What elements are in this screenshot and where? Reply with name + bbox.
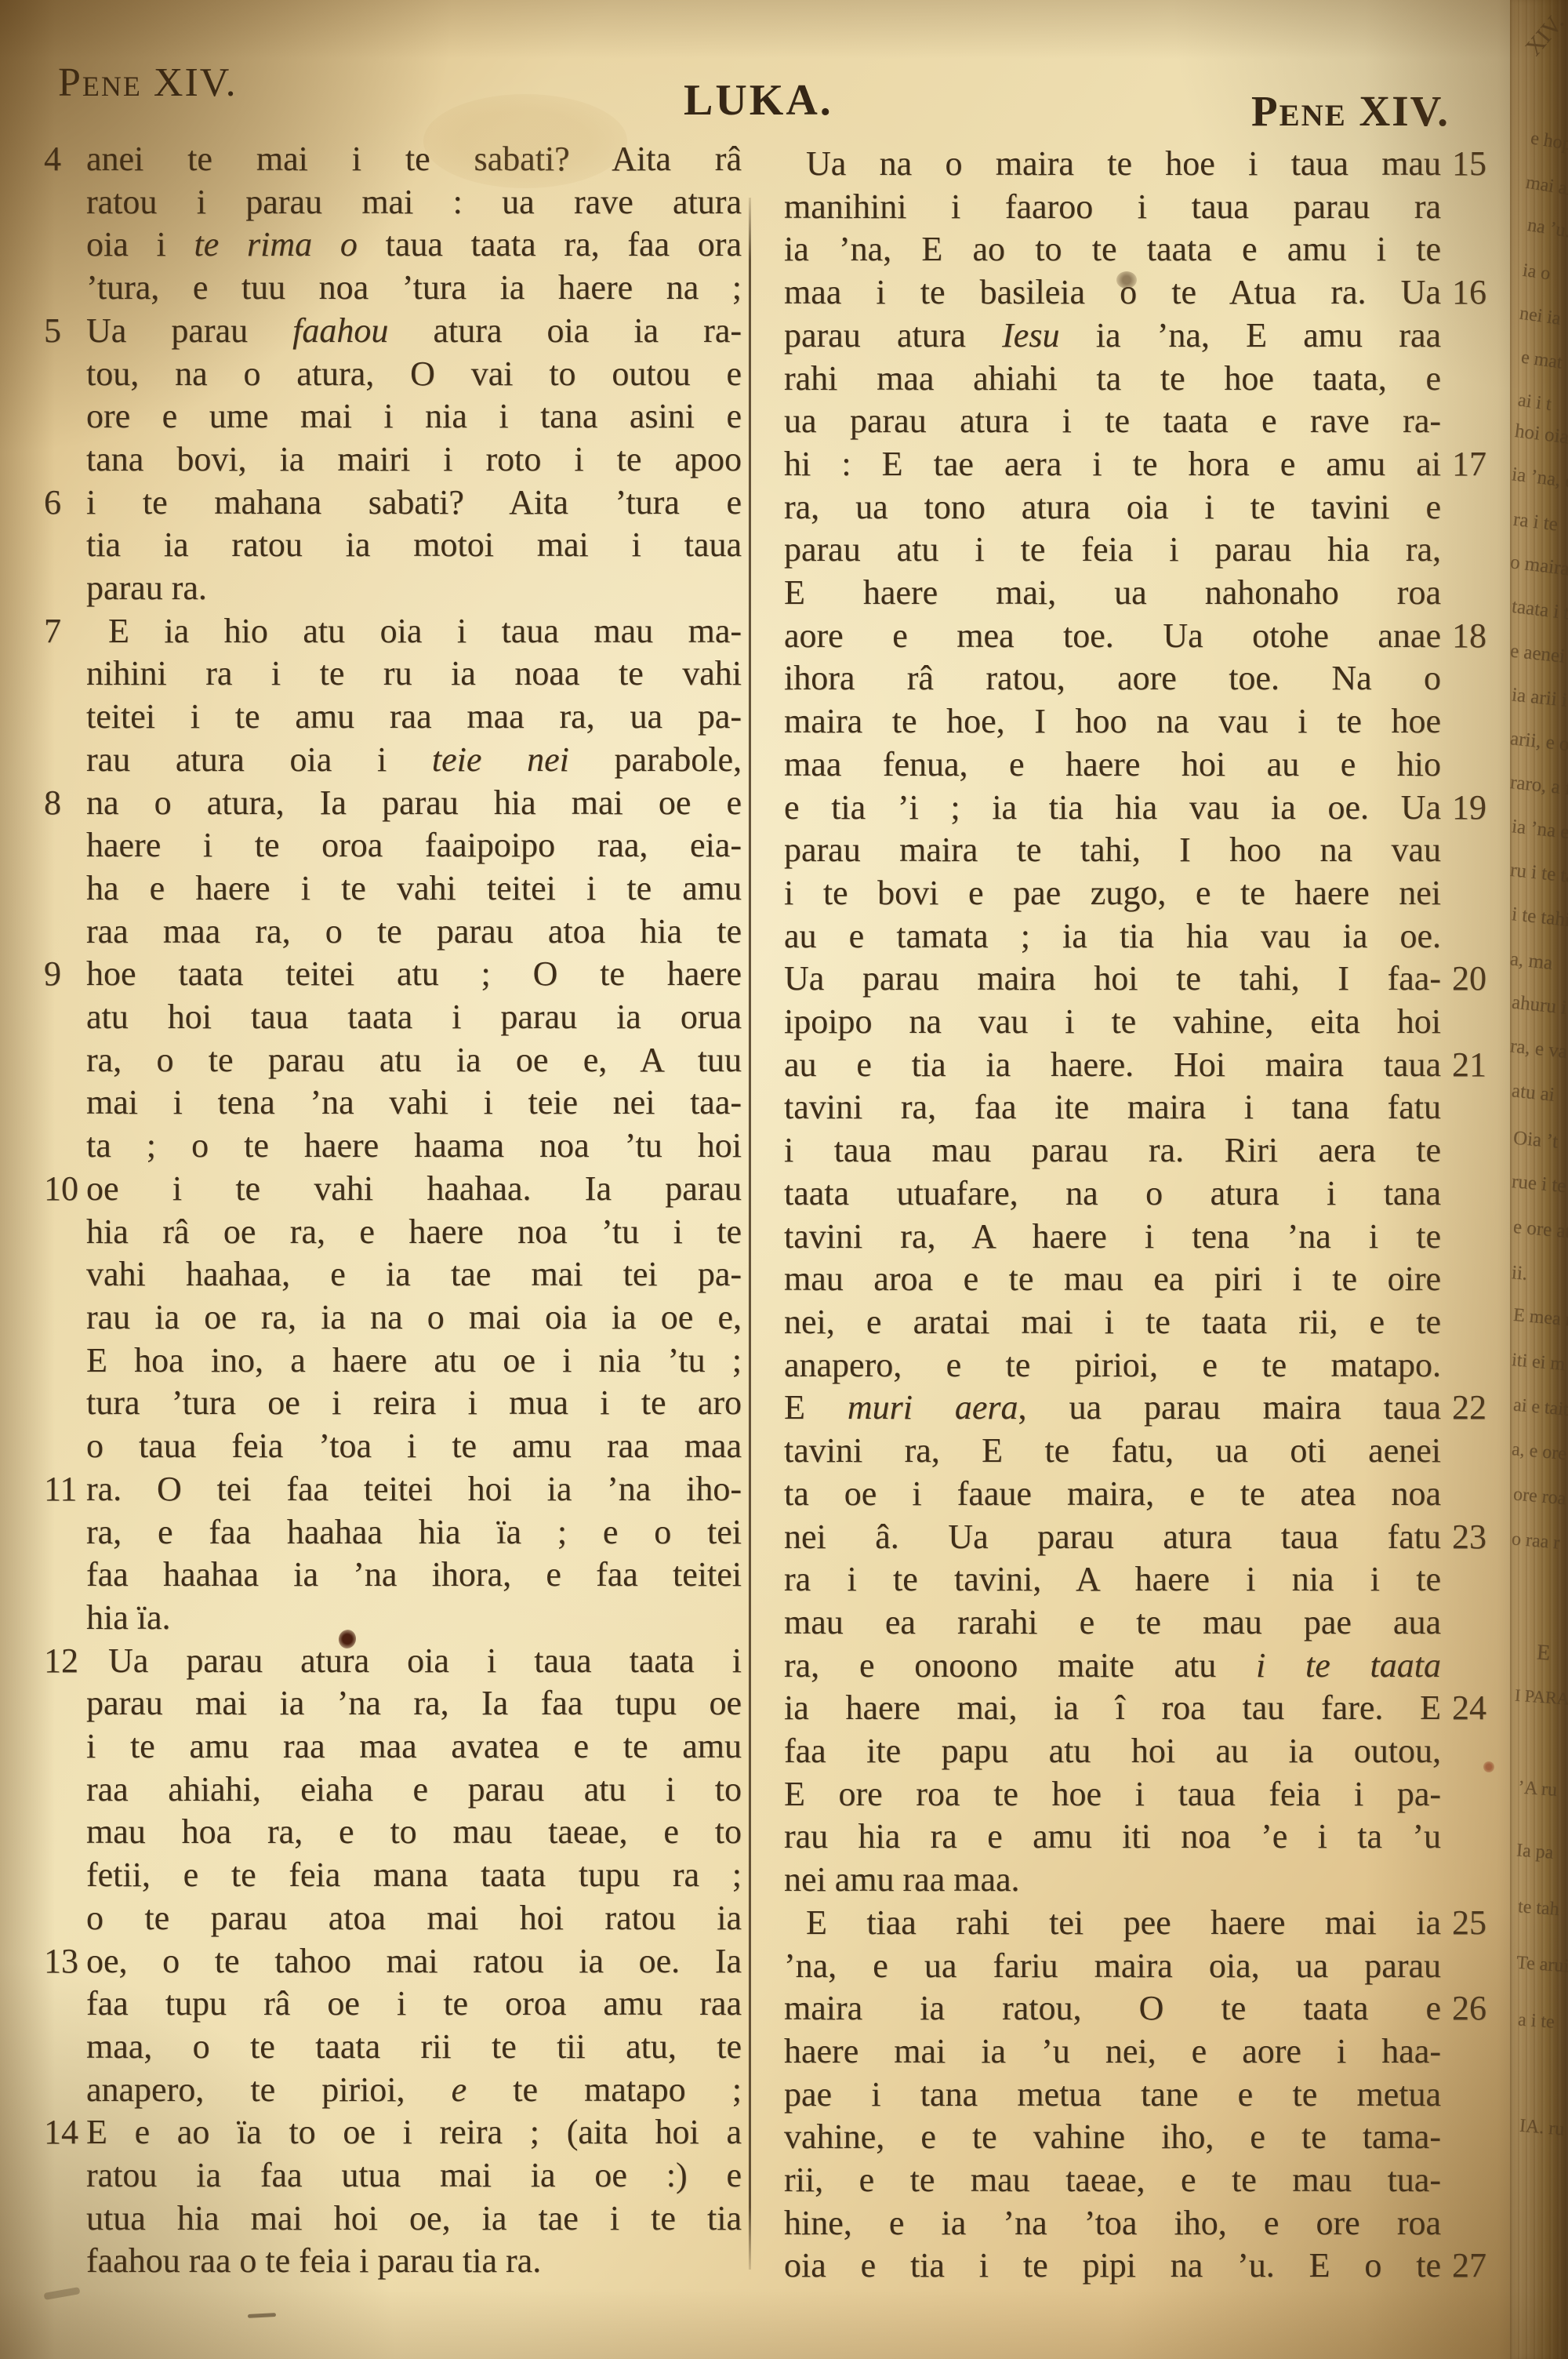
page-edge-fragment: a, e ore [1511,1439,1567,1465]
page-edge-fragment: arii, e o [1510,728,1568,756]
verse-line: 10oe i te vahi haahaa. Ia parau [42,1168,742,1211]
verse-number [1441,2159,1491,2202]
verse-text: au e tamata ; ia tia hia vau ia oe. [784,915,1441,958]
verse-number [1441,1172,1491,1216]
verse-line: ra, ua tono atura oia i te tavini e [784,486,1491,529]
verse-text: anapero, e te pirioi, e te matapo. [784,1344,1441,1387]
verse-number: 24 [1441,1687,1491,1730]
verse-line: ua parau atura i te taata e rave ra- [784,400,1491,443]
verse-text: hia ïa. [86,1597,742,1640]
verse-line: rau hia ra e amu iti noa ’e i ta ’u [784,1816,1491,1859]
verse-number [42,438,86,482]
verse-text: parau maira te tahi, I hoo na vau [784,829,1441,872]
verse-number [1441,1216,1491,1259]
verse-text: ra. O tei faa teitei hoi ia ’na iho- [86,1468,742,1511]
verse-number [42,1897,86,1940]
verse-line: parau atura Iesu ia ’na, E amu raa [784,314,1491,358]
verse-line: vahi haahaa, e ia tae mai tei pa- [42,1253,742,1296]
verse-line: 6i te mahana sabati? Aita ’tura e [42,482,742,525]
verse-number [42,1081,86,1125]
verse-number [42,652,86,696]
verse-text: tana bovi, ia mairi i roto i te apoo [86,438,742,482]
verse-number [42,1253,86,1296]
verse-text: nei â. Ua parau atura taua fatu [784,1516,1441,1559]
verse-line: tou, na o atura, O vai to outou e [42,353,742,396]
page-edge-fragment: hoi oia [1514,420,1568,449]
verse-number: 12 [42,1640,86,1683]
verse-number [1441,657,1491,700]
page-edge-fragment: e hopo [1529,128,1568,157]
verse-number: 19 [1441,787,1491,830]
verse-text: rahi maa ahiahi ta te hoe taata, e [784,358,1441,401]
verse-number [42,1597,86,1640]
verse-number: 14 [42,2111,86,2154]
verse-line: rahi maa ahiahi ta te hoe taata, e [784,358,1491,401]
verse-number [1441,1816,1491,1859]
verse-text: oe, o te tahoo mai ratou ia oe. Ia [86,1940,742,1983]
verse-line: anapero, te pirioi, e te matapo ; [42,2069,742,2112]
verse-line: 12Ua parau atura oia i taua taata i [42,1640,742,1683]
verse-text: teitei i te amu raa maa ra, ua pa- [86,696,742,739]
verse-line: utua hia mai hoi oe, ia tae i te tia [42,2197,742,2241]
page-edge-fragment: na ’u. [1526,215,1568,242]
verse-text: utua hia mai hoi oe, ia tae i te tia [86,2197,742,2241]
verse-line: E tiaa rahi tei pee haere mai ia25 [784,1902,1491,1945]
verse-text: rii, e te mau taeae, e te mau tua- [784,2159,1441,2202]
page-edge-fragment: ia ’na e [1511,816,1568,844]
verse-text: parau atura Iesu ia ’na, E amu raa [784,314,1441,358]
verse-line: au e tamata ; ia tia hia vau ia oe. [784,915,1491,958]
verse-number [42,911,86,954]
verse-line: maa i te basileia o te Atua ra. Ua16 [784,271,1491,314]
verse-line: anapero, e te pirioi, e te matapo. [784,1344,1491,1387]
verse-number [1441,1730,1491,1773]
page-fore-edge: XIV.e hopomai aina ’u.ia onei iae matai … [1510,0,1568,2359]
verse-text: i te mahana sabati? Aita ’tura e [86,482,742,525]
verse-text: anei te mai i te sabati? Aita râ [86,138,742,181]
verse-text: hine, e ia ’na ’toa iho, e ore roa [784,2202,1441,2245]
verse-line: tavini ra, faa ite maira i tana fatu [784,1086,1491,1129]
verse-line: faa ite papu atu hoi au ia outou, [784,1730,1491,1773]
verse-line: E hoa ino, a haere atu oe i nia ’tu ; [42,1339,742,1383]
verse-text: na o atura, Ia parau hia mai oe e [86,782,742,825]
book-page: Pene XIV. LUKA. Pene XIV. 4anei te mai i… [0,0,1568,2359]
page-edge-fragment: E [1536,1640,1551,1666]
verse-line: au e tia ia haere. Hoi maira taua21 [784,1044,1491,1087]
verse-number [42,1296,86,1339]
verse-line: ratou ia faa utua mai ia oe :) e [42,2154,742,2197]
verse-line: manihini i faaroo i taua parau ra [784,186,1491,229]
verse-number: 5 [42,310,86,353]
verse-number [42,1983,86,2026]
verse-text: faa ite papu atu hoi au ia outou, [784,1730,1441,1773]
verse-text: vahine, e te vahine iho, e te tama- [784,2116,1441,2159]
verse-text: e tia ’i ; ia tia hia vau ia oe. Ua [784,787,1441,830]
verse-number: 15 [1441,143,1491,186]
verse-line: ia ’na, E ao to te taata e amu i te [784,228,1491,271]
pencil-mark [248,2313,276,2318]
verse-number [42,1339,86,1383]
verse-text: mau aroa e te mau ea piri i te oire [784,1258,1441,1301]
verse-line: pae i tana metua tane e te metua [784,2074,1491,2117]
verse-line: o te parau atoa mai hoi ratou ia [42,1897,742,1940]
running-header-left: Pene XIV. [58,60,238,106]
verse-text: maa fenua, e haere hoi au e hio [784,743,1441,787]
verse-text: oia e tia i te pipi na ’u. E o te [784,2245,1441,2288]
page-edge-fragment: Oia ’t [1512,1128,1559,1154]
verse-line: 5Ua parau faahou atura oia ia ra- [42,310,742,353]
verse-text: i te bovi e pae zugo, e te haere nei [784,872,1441,915]
verse-line: tavini ra, E te fatu, ua oti aenei [784,1430,1491,1473]
page-edge-fragment: ra, e va [1510,1035,1568,1063]
verse-number [42,2026,86,2069]
verse-line: 8na o atura, Ia parau hia mai oe e [42,782,742,825]
verse-number: 4 [42,138,86,181]
page-edge-fragment: ai i t [1516,390,1552,416]
verse-number [1441,915,1491,958]
verse-line: mau aroa e te mau ea piri i te oire [784,1258,1491,1301]
verse-text: mau hoa ra, e to mau taeae, e to [86,1811,742,1854]
verse-text: E muri aera, ua parau maira taua [784,1387,1441,1430]
verse-number [42,2069,86,2112]
verse-text: ta oe i faaue maira, e te atea noa [784,1473,1441,1516]
verse-text: ia ’na, E ao to te taata e amu i te [784,228,1441,271]
verse-number [1441,314,1491,358]
verse-text: faa tupu râ oe i te oroa amu raa [86,1983,742,2026]
verse-line: hia ïa. [42,1597,742,1640]
page-edge-fragment: ia arii i [1511,684,1568,711]
verse-line: aore e mea toe. Ua otohe anae18 [784,615,1491,658]
verse-line: raa ahiahi, eiaha e parau atu i to [42,1768,742,1812]
verse-line: E muri aera, ua parau maira taua22 [784,1387,1491,1430]
verse-text: mai i tena ’na vahi i teie nei taa- [86,1081,742,1125]
verse-text: nei, e aratai mai i te taata rii, e te [784,1301,1441,1344]
verse-line: 13oe, o te tahoo mai ratou ia oe. Ia [42,1940,742,1983]
verse-text: raa maa ra, o te parau atoa hia te [86,911,742,954]
verse-line: faahou raa o te feia i parau tia ra. [42,2240,742,2283]
verse-line: 9hoe taata teitei atu ; O te haere [42,953,742,996]
verse-line: i taua mau parau ra. Riri aera te [784,1129,1491,1172]
verse-number [1441,2074,1491,2117]
verse-text: ta ; o te haere haama noa ’tu hoi [86,1125,742,1168]
verse-text: anapero, te pirioi, e te matapo ; [86,2069,742,2112]
verse-number: 20 [1441,958,1491,1001]
verse-number [1441,486,1491,529]
verse-text: ha e haere i te vahi teitei i te amu [86,867,742,911]
verse-text: Ua parau maira hoi te tahi, I faa- [784,958,1441,1001]
verse-text: hia râ oe ra, e haere noa ’tu i te [86,1211,742,1254]
verse-number [1441,700,1491,743]
verse-line: ha e haere i te vahi teitei i te amu [42,867,742,911]
verse-line: ia haere mai, ia î roa tau fare. E24 [784,1687,1491,1730]
verse-number [1441,186,1491,229]
verse-text: raa ahiahi, eiaha e parau atu i to [86,1768,742,1812]
verse-text: pae i tana metua tane e te metua [784,2074,1441,2117]
verse-number: 17 [1441,443,1491,486]
verse-line: maira te hoe, I hoo na vau i te hoe [784,700,1491,743]
verse-line: 4anei te mai i te sabati? Aita râ [42,138,742,181]
verse-text: ipoipo na vau i te vahine, eita hoi [784,1001,1441,1044]
column-divider-rule [749,198,751,2270]
verse-line: ore e ume mai i nia i tana asini e [42,395,742,438]
verse-line: maira ia ratou, O te taata e26 [784,1987,1491,2030]
verse-number [42,824,86,867]
verse-text: ra, o te parau atu ia oe e, A tuu [86,1039,742,1082]
verse-line: Ua na o maira te hoe i taua mau15 [784,143,1491,186]
verse-line: haere mai ia ’u nei, e aore i haa- [784,2030,1491,2074]
verse-text: tavini ra, A haere i tena ’na i te [784,1216,1441,1259]
verse-number: 10 [42,1168,86,1211]
verse-text: vahi haahaa, e ia tae mai tei pa- [86,1253,742,1296]
verse-line: nei, e aratai mai i te taata rii, e te [784,1301,1491,1344]
verse-number [42,1125,86,1168]
verse-text: E e ao ïa to oe i reira ; (aita hoi a [86,2111,742,2154]
verse-line: ihora râ ratou, aore toe. Na o [784,657,1491,700]
page-edge-fragment: I PARABO [1514,1685,1568,1711]
verse-number: 21 [1441,1044,1491,1087]
page-edge-fragment: o maira, [1510,551,1568,581]
pencil-smudge [44,2287,81,2300]
verse-text: ratou i parau mai : ua rave atura [86,181,742,224]
verse-text: o taua feia ’toa i te amu raa maa [86,1425,742,1468]
verse-text: tavini ra, faa ite maira i tana fatu [784,1086,1441,1129]
verse-text: aore e mea toe. Ua otohe anae [784,615,1441,658]
verse-text: rau ia oe ra, ia na o mai oia ia oe e, [86,1296,742,1339]
verse-number [1441,2202,1491,2245]
verse-line: mau ea rarahi e te mau pae aua [784,1601,1491,1645]
verse-line: hine, e ia ’na ’toa iho, e ore roa [784,2202,1491,2245]
verse-number [1441,1129,1491,1172]
verse-number [42,996,86,1039]
verse-text: nihini ra i te ru ia noaa te vahi [86,652,742,696]
verse-line: ipoipo na vau i te vahine, eita hoi [784,1001,1491,1044]
verse-number [1441,2116,1491,2159]
verse-text: parau mai ia ’na ra, Ia faa tupu oe [86,1682,742,1725]
verse-number [42,1211,86,1254]
verse-text: atu hoi taua taata i parau ia orua [86,996,742,1039]
verse-text: ua parau atura i te taata e rave ra- [784,400,1441,443]
verse-number [42,353,86,396]
verse-text: Ua na o maira te hoe i taua mau [784,143,1441,186]
verse-number: 23 [1441,1516,1491,1559]
verse-number: 9 [42,953,86,996]
verse-line: hia râ oe ra, e haere noa ’tu i te [42,1211,742,1254]
verse-number [1441,400,1491,443]
verse-number [42,2240,86,2283]
verse-number [42,267,86,310]
verse-number [1441,1344,1491,1387]
verse-number [42,524,86,567]
left-text-column: 4anei te mai i te sabati? Aita râratou i… [42,138,742,2283]
page-edge-fragment: ia ’na, o [1511,463,1568,493]
verse-text: maa, o te taata rii te tii atu, te [86,2026,742,2069]
verse-number [42,1811,86,1854]
page-edge-fragment: ia o [1521,260,1552,285]
verse-text: tavini ra, E te fatu, ua oti aenei [784,1430,1441,1473]
verse-number [1441,572,1491,615]
verse-line: ra, o te parau atu ia oe e, A tuu [42,1039,742,1082]
verse-number [1441,1601,1491,1645]
verse-line: vahine, e te vahine iho, e te tama- [784,2116,1491,2159]
verse-line: ra i te tavini, A haere i nia i te [784,1558,1491,1601]
verse-line: parau ra. [42,567,742,610]
verse-number [42,867,86,911]
verse-number [1441,1430,1491,1473]
verse-text: maira ia ratou, O te taata e [784,1987,1441,2030]
verse-text: Ua parau faahou atura oia ia ra- [86,310,742,353]
verse-text: faa haahaa ia ’na ihora, e faa teitei [86,1554,742,1597]
verse-line: maa fenua, e haere hoi au e hio [784,743,1491,787]
verse-text: fetii, e te feia mana taata tupu ra ; [86,1854,742,1897]
verse-text: o te parau atoa mai hoi ratou ia [86,1897,742,1940]
page-edge-fragment: ahuru i [1511,991,1568,1019]
verse-text: ’na, e ua fariu maira oia, ua parau [784,1945,1441,1988]
verse-number [42,1425,86,1468]
verse-number [42,181,86,224]
verse-number [1441,1258,1491,1301]
verse-line: oia e tia i te pipi na ’u. E o te27 [784,2245,1491,2288]
verse-line: tana bovi, ia mairi i roto i te apoo [42,438,742,482]
running-header-right: Pene XIV. [1251,86,1450,136]
page-edge-fragment: nei ia [1518,303,1562,329]
verse-number: 8 [42,782,86,825]
verse-text: parau atu i te feia i parau hia ra, [784,529,1441,572]
verse-number [1441,1301,1491,1344]
verse-number [42,1854,86,1897]
running-header-title: LUKA. [684,75,833,125]
verse-line: atu hoi taua taata i parau ia orua [42,996,742,1039]
verse-number [42,224,86,267]
verse-line: ’na, e ua fariu maira oia, ua parau [784,1945,1491,1988]
verse-text: nei amu raa maa. [784,1859,1441,1902]
page-edge-fragment: e mat [1519,347,1563,373]
page-edge-fragment: E mea ma [1512,1305,1568,1332]
verse-line: taata utuafare, na o atura i tana [784,1172,1491,1216]
verse-line: mai i tena ’na vahi i teie nei taa- [42,1081,742,1125]
verse-number [42,1768,86,1812]
page-edge-fragment: mai ai [1524,173,1568,201]
verse-number: 13 [42,1940,86,1983]
verse-number [42,567,86,610]
verse-line: 11ra. O tei faa teitei hoi ia ’na iho- [42,1468,742,1511]
verse-text: E tiaa rahi tei pee haere mai ia [784,1902,1441,1945]
verse-number [42,1725,86,1768]
verse-line: ra, e faa haahaa hia ïa ; e o tei [42,1511,742,1554]
verse-text: E hoa ino, a haere atu oe i nia ’tu ; [86,1339,742,1383]
verse-text: oia i te rima o taua taata ra, faa ora [86,224,742,267]
verse-number [1441,228,1491,271]
verse-line: parau maira te tahi, I hoo na vau [784,829,1491,872]
verse-text: E haere mai, ua nahonaho roa [784,572,1441,615]
verse-line: hi : E tae aera i te hora e amu ai17 [784,443,1491,486]
page-edge-fragment: ore roa h [1512,1484,1568,1510]
verse-text: haere i te oroa faaipoipo raa, eia- [86,824,742,867]
verse-line: parau atu i te feia i parau hia ra, [784,529,1491,572]
verse-number [42,739,86,782]
page-edge-fragment: ai e taita [1512,1395,1568,1422]
page-edge-fragment: iti ei m [1511,1350,1566,1376]
verse-number: 18 [1441,615,1491,658]
verse-text: ia haere mai, ia î roa tau fare. E [784,1687,1441,1730]
verse-number [42,1039,86,1082]
verse-text: rau hia ra e amu iti noa ’e i ta ’u [784,1816,1441,1859]
verse-line: E haere mai, ua nahonaho roa [784,572,1491,615]
verse-line: e tia ’i ; ia tia hia vau ia oe. Ua19 [784,787,1491,830]
page-edge-fragment: atu ai [1511,1080,1555,1107]
verse-text: tia ia ratou ia motoi mai i taua [86,524,742,567]
verse-number [42,2154,86,2197]
verse-line: 14E e ao ïa to oe i reira ; (aita hoi a [42,2111,742,2154]
verse-line: o taua feia ’toa i te amu raa maa [42,1425,742,1468]
verse-number [1441,872,1491,915]
verse-line: Ua parau maira hoi te tahi, I faa-20 [784,958,1491,1001]
verse-number [42,2197,86,2241]
page-edge-fragment: IA. ru [1519,2116,1565,2141]
page-edge-fragment: ru i te ta [1510,860,1568,888]
verse-line: mau hoa ra, e to mau taeae, e to [42,1811,742,1854]
page-edge-fragment: a, ma [1510,948,1553,975]
verse-number [42,1511,86,1554]
verse-number [42,1682,86,1725]
verse-text: ihora râ ratou, aore toe. Na o [784,657,1441,700]
verse-number [1441,2030,1491,2074]
verse-number [1441,1645,1491,1688]
verse-number [42,1554,86,1597]
verse-line: faa haahaa ia ’na ihora, e faa teitei [42,1554,742,1597]
verse-text: manihini i faaroo i taua parau ra [784,186,1441,229]
page-edge-fragment: e ore at [1512,1216,1568,1243]
verse-number [1441,743,1491,787]
verse-number [1441,1001,1491,1044]
verse-line: fetii, e te feia mana taata tupu ra ; [42,1854,742,1897]
verse-number [1441,1859,1491,1902]
page-edge-fragment: i te tahi [1511,903,1568,932]
verse-number: 27 [1441,2245,1491,2288]
verse-text: Ua parau atura oia i taua taata i [86,1640,742,1683]
verse-number: 25 [1441,1902,1491,1945]
verse-text: i taua mau parau ra. Riri aera te [784,1129,1441,1172]
verse-text: mau ea rarahi e te mau pae aua [784,1601,1441,1645]
verse-line: rii, e te mau taeae, e te mau tua- [784,2159,1491,2202]
verse-text: faahou raa o te feia i parau tia ra. [86,2240,742,2283]
verse-text: tura ’tura oe i reira i mua i te aro [86,1382,742,1425]
verse-line: i te amu raa maa avatea e te amu [42,1725,742,1768]
verse-number [1441,1773,1491,1816]
verse-line: haere i te oroa faaipoipo raa, eia- [42,824,742,867]
verse-text: haere mai ia ’u nei, e aore i haa- [784,2030,1441,2074]
verse-number: 7 [42,610,86,653]
verse-text: ra, ua tono atura oia i te tavini e [784,486,1441,529]
verse-text: ra, e faa haahaa hia ïa ; e o tei [86,1511,742,1554]
verse-number [1441,1473,1491,1516]
verse-text: rau atura oia i teie nei parabole, [86,739,742,782]
verse-line: oia i te rima o taua taata ra, faa ora [42,224,742,267]
page-edge-fragment: XIV. [1520,9,1568,60]
verse-line: ra, e onoono maite atu i te taata [784,1645,1491,1688]
verse-text: oe i te vahi haahaa. Ia parau [86,1168,742,1211]
verse-text: hoe taata teitei atu ; O te haere [86,953,742,996]
verse-number [42,696,86,739]
verse-line: tia ia ratou ia motoi mai i taua [42,524,742,567]
page-edge-fragment: rue i te [1511,1171,1567,1198]
verse-number [1441,1945,1491,1988]
verse-line: ’tura, e tuu noa ’tura ia haere na ; [42,267,742,310]
verse-text: E ore roa te hoe i taua feia i pa- [784,1773,1441,1816]
verse-text: tou, na o atura, O vai to outou e [86,353,742,396]
verse-number [1441,1086,1491,1129]
verse-number [1441,358,1491,401]
verse-text: au e tia ia haere. Hoi maira taua [784,1044,1441,1087]
